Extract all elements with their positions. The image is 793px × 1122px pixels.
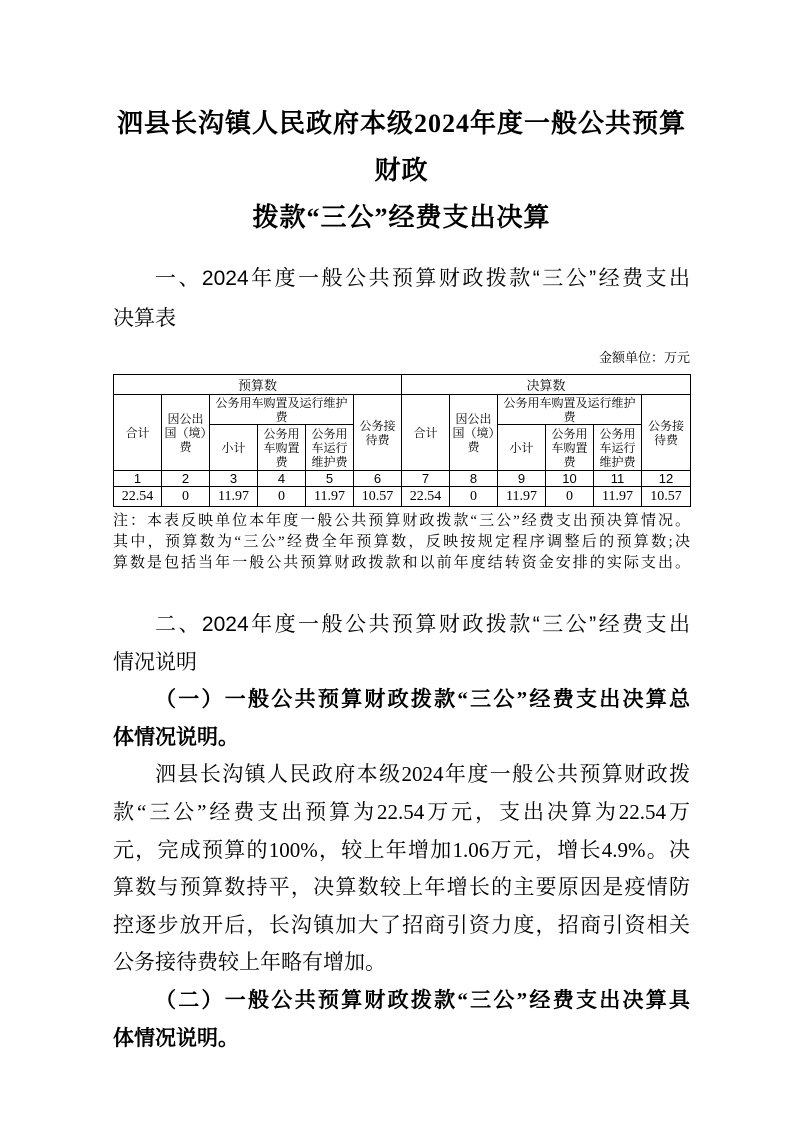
column-number: 5 bbox=[306, 471, 354, 487]
section-1-heading: 一、2024年度一般公共预算财政拨款“三公”经费支出 决算表 bbox=[113, 259, 690, 339]
value-cell: 11.97 bbox=[306, 487, 354, 507]
table-column-number-row: 1 2 3 4 5 6 7 8 9 10 11 12 bbox=[114, 471, 691, 487]
header-final-reception: 公务接待费 bbox=[642, 395, 691, 471]
table-value-row: 22.54 0 11.97 0 11.97 10.57 22.54 0 11.9… bbox=[114, 487, 691, 507]
header-final-total: 合计 bbox=[402, 395, 450, 471]
column-number: 12 bbox=[642, 471, 691, 487]
overview-paragraph: 泗县长沟镇人民政府本级2024年度一般公共预算财政拨 款“三公”经费支出预算为2… bbox=[113, 756, 690, 982]
paragraph-line: 公务接待费较上年略有增加。 bbox=[113, 944, 690, 982]
table-note-line-2: 其中，预算数为“三公”经费全年预算数，反映按规定程序调整后的预算数;决 bbox=[113, 532, 690, 553]
header-final-subtotal: 小计 bbox=[498, 425, 546, 471]
section-1-heading-line-2: 决算表 bbox=[113, 299, 690, 339]
value-cell: 0 bbox=[546, 487, 594, 507]
column-number: 3 bbox=[210, 471, 258, 487]
value-cell: 0 bbox=[258, 487, 306, 507]
header-budget-abroad: 因公出国（境）费 bbox=[162, 395, 210, 471]
value-cell: 0 bbox=[450, 487, 498, 507]
group-header-final: 决算数 bbox=[402, 375, 691, 395]
column-number: 10 bbox=[546, 471, 594, 487]
subsection-1-heading: （一）一般公共预算财政拨款“三公”经费支出决算总 体情况说明。 bbox=[113, 681, 690, 756]
paragraph-line: 算数与预算数持平，决算数较上年增长的主要原因是疫情防 bbox=[113, 869, 690, 907]
paragraph-line: 泗县长沟镇人民政府本级2024年度一般公共预算财政拨 bbox=[113, 756, 690, 794]
header-budget-vehicle-maintenance: 公务用车运行维护费 bbox=[306, 425, 354, 471]
column-number: 9 bbox=[498, 471, 546, 487]
subsection-2-heading-line-1: （二）一般公共预算财政拨款“三公”经费支出决算具 bbox=[113, 982, 690, 1020]
column-number: 11 bbox=[594, 471, 642, 487]
paragraph-line: 款“三公”经费支出预算为22.54万元，支出决算为22.54万 bbox=[113, 794, 690, 832]
document-title-line-1: 泗县长沟镇人民政府本级2024年度一般公共预算财政 bbox=[113, 100, 690, 194]
document-page: 泗县长沟镇人民政府本级2024年度一般公共预算财政 拨款“三公”经费支出决算 一… bbox=[0, 0, 793, 1122]
column-number: 2 bbox=[162, 471, 210, 487]
value-cell: 10.57 bbox=[354, 487, 402, 507]
sangong-expense-table: 预算数 决算数 合计 因公出国（境）费 公务用车购置及运行维护费 公务接待费 合… bbox=[113, 374, 691, 507]
section-2-heading-line-1: 二、2024年度一般公共预算财政拨款“三公”经费支出 bbox=[113, 606, 690, 644]
table-note-line-3: 算数是包括当年一般公共预算财政拨款和以前年度结转资金安排的实际支出。 bbox=[113, 553, 690, 574]
amount-unit-label: 金额单位：万元 bbox=[113, 349, 690, 367]
header-budget-reception: 公务接待费 bbox=[354, 395, 402, 471]
header-budget-vehicle-purchase: 公务用车购置费 bbox=[258, 425, 306, 471]
column-number: 7 bbox=[402, 471, 450, 487]
header-budget-total: 合计 bbox=[114, 395, 162, 471]
section-2-heading: 二、2024年度一般公共预算财政拨款“三公”经费支出 情况说明 bbox=[113, 606, 690, 681]
header-final-abroad: 因公出国（境）费 bbox=[450, 395, 498, 471]
column-number: 6 bbox=[354, 471, 402, 487]
value-cell: 11.97 bbox=[210, 487, 258, 507]
value-cell: 11.97 bbox=[498, 487, 546, 507]
header-budget-vehicle-group: 公务用车购置及运行维护费 bbox=[210, 395, 354, 425]
group-header-budget: 预算数 bbox=[114, 375, 402, 395]
paragraph-line: 控逐步放开后，长沟镇加大了招商引资力度，招商引资相关 bbox=[113, 907, 690, 945]
header-final-vehicle-maintenance: 公务用车运行维护费 bbox=[594, 425, 642, 471]
value-cell: 0 bbox=[162, 487, 210, 507]
value-cell: 22.54 bbox=[114, 487, 162, 507]
document-content: 泗县长沟镇人民政府本级2024年度一般公共预算财政 拨款“三公”经费支出决算 一… bbox=[113, 0, 690, 1057]
value-cell: 11.97 bbox=[594, 487, 642, 507]
header-final-vehicle-group: 公务用车购置及运行维护费 bbox=[498, 395, 642, 425]
document-title: 泗县长沟镇人民政府本级2024年度一般公共预算财政 拨款“三公”经费支出决算 bbox=[113, 100, 690, 241]
table-note-line-1: 注：本表反映单位本年度一般公共预算财政拨款“三公”经费支出预决算情况。 bbox=[113, 511, 690, 532]
header-budget-subtotal: 小计 bbox=[210, 425, 258, 471]
subsection-2-heading: （二）一般公共预算财政拨款“三公”经费支出决算具 体情况说明。 bbox=[113, 982, 690, 1057]
paragraph-line: 元，完成预算的100%，较上年增加1.06万元，增长4.9%。决 bbox=[113, 832, 690, 870]
table-note: 注：本表反映单位本年度一般公共预算财政拨款“三公”经费支出预决算情况。 其中，预… bbox=[113, 511, 690, 574]
document-title-line-2: 拨款“三公”经费支出决算 bbox=[113, 194, 690, 241]
table-group-header-row: 预算数 决算数 bbox=[114, 375, 691, 395]
subsection-1-heading-line-1: （一）一般公共预算财政拨款“三公”经费支出决算总 bbox=[113, 681, 690, 719]
table-header-row-a: 合计 因公出国（境）费 公务用车购置及运行维护费 公务接待费 合计 因公出国（境… bbox=[114, 395, 691, 425]
section-1-heading-line-1: 一、2024年度一般公共预算财政拨款“三公”经费支出 bbox=[113, 259, 690, 299]
value-cell: 22.54 bbox=[402, 487, 450, 507]
column-number: 1 bbox=[114, 471, 162, 487]
column-number: 4 bbox=[258, 471, 306, 487]
header-final-vehicle-purchase: 公务用车购置费 bbox=[546, 425, 594, 471]
value-cell: 10.57 bbox=[642, 487, 691, 507]
column-number: 8 bbox=[450, 471, 498, 487]
section-2-body: 二、2024年度一般公共预算财政拨款“三公”经费支出 情况说明 （一）一般公共预… bbox=[113, 606, 690, 1057]
subsection-1-heading-line-2: 体情况说明。 bbox=[113, 719, 690, 757]
subsection-2-heading-line-2: 体情况说明。 bbox=[113, 1020, 690, 1058]
section-2-heading-line-2: 情况说明 bbox=[113, 644, 690, 682]
